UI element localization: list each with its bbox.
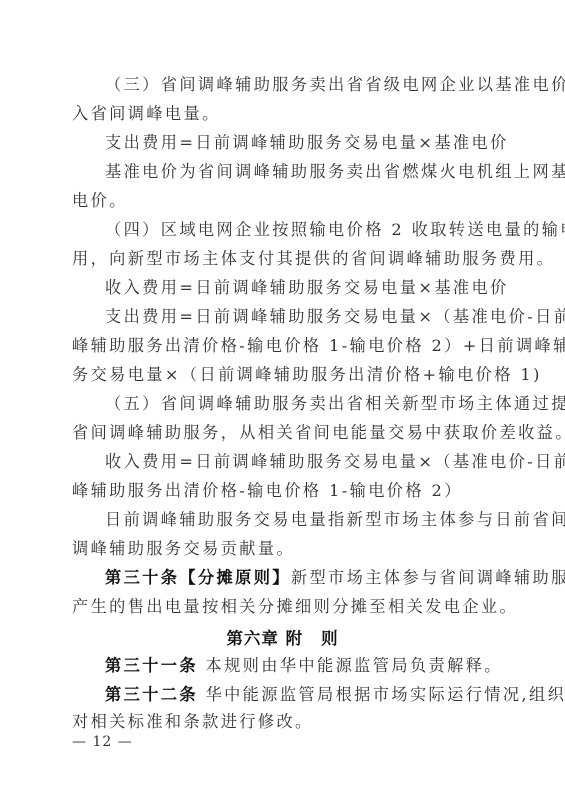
article-30-label: 第三十条【分摊原则】: [105, 568, 291, 587]
paragraph-4-line-2: 用，向新型市场主体支付其提供的省间调峰辅助服务费用。: [72, 249, 555, 269]
article-31-label: 第三十一条: [105, 656, 198, 675]
article-31: 第三十一条 本规则由华中能源监管局负责解释。: [105, 656, 503, 676]
page-number: — 12 —: [72, 734, 133, 750]
paragraph-4-line-1: （四）区域电网企业按照输电价格 2 收取转送电量的输电费: [105, 220, 565, 240]
income-formula-4: 收入费用=日前调峰辅助服务交易电量×基准电价: [105, 278, 509, 298]
trading-volume-definition-line-2: 调峰辅助服务交易贡献量。: [72, 539, 295, 559]
paragraph-3-line-1: （三）省间调峰辅助服务卖出省省级电网企业以基准电价购: [105, 75, 565, 95]
article-30-line-2: 产生的售出电量按相关分摊细则分摊至相关发电企业。: [72, 597, 518, 617]
article-32-text: 华中能源监管局根据市场实际运行情况,组织: [205, 685, 565, 704]
base-price-definition-line-2: 电价。: [72, 191, 128, 211]
paragraph-3-line-2: 入省间调峰电量。: [72, 104, 221, 124]
chapter-title-part-2: 则: [321, 629, 339, 648]
income-formula-5-line-1: 收入费用=日前调峰辅助服务交易电量×（基准电价-日前调: [105, 452, 565, 472]
chapter-heading: 第六章 附则: [0, 625, 565, 649]
income-formula-5-line-2: 峰辅助服务出清价格-输电价格 1-输电价格 2）: [72, 481, 463, 501]
article-30-line-1: 第三十条【分摊原则】新型市场主体参与省间调峰辅助服务: [105, 568, 565, 588]
article-30-text: 新型市场主体参与省间调峰辅助服务: [291, 568, 565, 587]
base-price-definition-line-1: 基准电价为省间调峰辅助服务卖出省燃煤火电机组上网基准: [105, 162, 565, 182]
chapter-title-part-1: 附: [286, 629, 304, 648]
expense-formula-4-line-1: 支出费用=日前调峰辅助服务交易电量×（基准电价-日前调: [105, 307, 565, 327]
article-32-line-2: 对相关标准和条款进行修改。: [72, 712, 314, 732]
paragraph-5-line-2: 省间调峰辅助服务，从相关省间电能量交易中获取价差收益。: [72, 423, 565, 443]
article-32-label: 第三十二条: [105, 685, 198, 704]
article-31-text: 本规则由华中能源监管局负责解释。: [205, 656, 502, 675]
chapter-number: 第六章: [226, 629, 279, 648]
expense-formula-3: 支出费用=日前调峰辅助服务交易电量×基准电价: [105, 133, 509, 153]
document-page: （三）省间调峰辅助服务卖出省省级电网企业以基准电价购 入省间调峰电量。 支出费用…: [0, 0, 565, 800]
expense-formula-4-line-2: 峰辅助服务出清价格-输电价格 1-输电价格 2）+日前调峰辅助服: [72, 336, 565, 356]
article-32-line-1: 第三十二条 华中能源监管局根据市场实际运行情况,组织: [105, 685, 565, 705]
paragraph-5-line-1: （五）省间调峰辅助服务卖出省相关新型市场主体通过提供: [105, 394, 565, 414]
trading-volume-definition-line-1: 日前调峰辅助服务交易电量指新型市场主体参与日前省间: [105, 510, 565, 530]
expense-formula-4-line-3: 务交易电量×（日前调峰辅助服务出清价格+输电价格 1): [72, 365, 542, 385]
